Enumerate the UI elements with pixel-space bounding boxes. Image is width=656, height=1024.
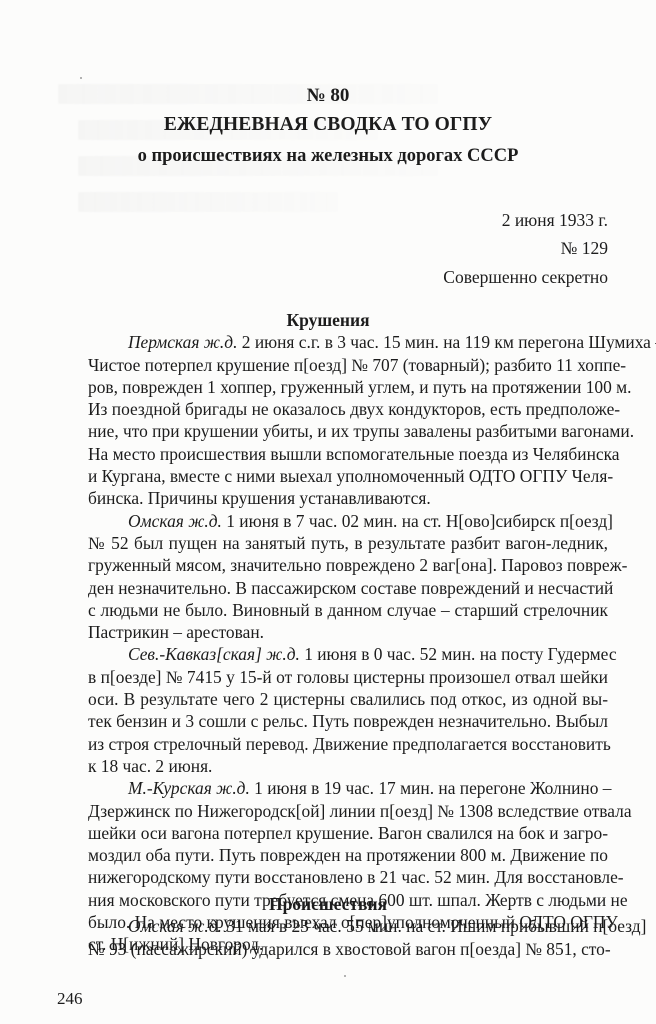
section-heading: Происшествия — [48, 893, 608, 915]
text-line: тек бензин и 3 сошли с рельс. Путь повре… — [48, 710, 608, 732]
page-number: 246 — [57, 988, 83, 1010]
text-line: № 52 был пущен на занятый путь, в резуль… — [48, 532, 608, 554]
text-line: моздил оба пути. Путь поврежден на протя… — [48, 844, 608, 866]
railway-name: Омская ж.д. — [128, 511, 222, 531]
text-line: 1 июня в 0 час. 52 мин. на посту Гудерме… — [300, 644, 617, 664]
scan-speck — [80, 77, 82, 79]
text-line: нижегородскому пути восстановлено в 21 ч… — [48, 866, 608, 888]
text-line: ден незначительно. В пассажирском состав… — [48, 577, 608, 599]
railway-name: Сев.-Кавказ[ская] ж.д. — [128, 644, 300, 664]
text-line: бинска. Причины крушения устанавливаются… — [48, 487, 608, 509]
text-line: из строя стрелочный перевод. Движение пр… — [48, 733, 608, 755]
text-line: с людьми не было. Виновный в данном случ… — [48, 599, 608, 621]
railway-name: Пермская ж.д. — [128, 332, 237, 352]
text-line: к 18 час. 2 июня. — [48, 755, 608, 777]
section-incidents: Происшествия Омская ж.д. 31 мая в 23 час… — [48, 893, 608, 960]
scan-speck — [344, 975, 346, 977]
text-line: оси. В результате чего 2 цистерны свалил… — [48, 688, 608, 710]
railway-name: М.-Курская ж.д. — [128, 778, 250, 798]
text-line: Дзержинск по Нижегородск[ой] линии п[оез… — [48, 800, 608, 822]
text-line: 2 июня с.г. в 3 час. 15 мин. на 119 км п… — [237, 332, 656, 352]
section-wrecks: Крушения Пермская ж.д. 2 июня с.г. в 3 ч… — [48, 309, 608, 956]
classification-label: Совершенно секретно — [443, 266, 608, 288]
text-line: Пастрикин – арестован. — [48, 621, 608, 643]
text-line: и Кургана, вместе с ними выехал уполномо… — [48, 465, 608, 487]
text-line: 31 мая в 23 час. 55 мин. на ст. Ишим при… — [222, 916, 647, 936]
report-number: № 129 — [561, 237, 608, 259]
incident-paragraph: Омская ж.д. 31 мая в 23 час. 55 мин. на … — [48, 915, 608, 960]
text-line: ние, что при крушении убиты, и их трупы … — [48, 420, 608, 442]
text-line: в п[оезде] № 7415 у 15-й от головы цисте… — [48, 666, 608, 688]
document-page: № 80 ЕЖЕДНЕВНАЯ СВОДКА ТО ОГПУ о происше… — [0, 0, 656, 1024]
text-line: Из поездной бригады не оказалось двух ко… — [48, 398, 608, 420]
text-line: 1 июня в 19 час. 17 мин. на перегоне Жол… — [250, 778, 612, 798]
text-line: груженный мясом, значительно повреждено … — [48, 554, 608, 576]
document-title: ЕЖЕДНЕВНАЯ СВОДКА ТО ОГПУ — [0, 112, 656, 138]
incident-paragraph: Сев.-Кавказ[ская] ж.д. 1 июня в 0 час. 5… — [48, 643, 608, 777]
text-line: шейки оси вагона потерпел крушение. Ваго… — [48, 822, 608, 844]
incident-paragraph: Пермская ж.д. 2 июня с.г. в 3 час. 15 ми… — [48, 331, 608, 509]
text-line: На место происшествия вышли вспомогатель… — [48, 443, 608, 465]
railway-name: Омская ж.д. — [128, 916, 222, 936]
text-line: Чистое потерпел крушение п[оезд] № 707 (… — [48, 354, 608, 376]
section-heading: Крушения — [48, 309, 608, 331]
text-line: № 93 (пассажирский) ударился в хвостовой… — [48, 938, 608, 960]
report-date: 2 июня 1933 г. — [502, 209, 608, 231]
document-subtitle: о происшествиях на железных дорогах СССР — [0, 143, 656, 169]
text-line: 1 июня в 7 час. 02 мин. на ст. Н[ово]сиб… — [222, 511, 613, 531]
incident-paragraph: Омская ж.д. 1 июня в 7 час. 02 мин. на с… — [48, 510, 608, 644]
text-line: ров, поврежден 1 хоппер, груженный углем… — [48, 376, 608, 398]
document-number: № 80 — [0, 84, 656, 108]
